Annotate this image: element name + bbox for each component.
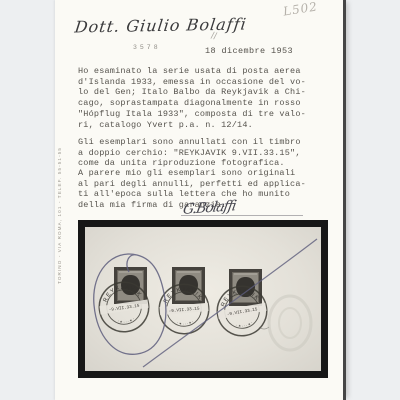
letterhead-address-vertical: TORINO - VIA ROMA, 101 - TELEF. 55-51-55 <box>57 124 62 284</box>
embossed-seal <box>269 296 311 350</box>
certificate-paper: L502 Dott. Giulio Bolaffi 3578 // 18 dic… <box>55 0 346 400</box>
pencil-price-note: L502 <box>282 0 319 19</box>
certificate-date: 18 dicembre 1953 <box>205 46 293 56</box>
blue-oval-loop <box>94 254 166 354</box>
paragraph-examination: Ho esaminato la serie usata di posta aer… <box>78 66 334 130</box>
paragraph-cancellation: Gli esemplari sono annullati con il timb… <box>78 137 334 169</box>
blue-pencil-annotation <box>85 227 321 371</box>
certificate-serial-number: 3578 <box>133 44 161 51</box>
pencil-tick-mark: // <box>210 31 218 43</box>
blue-diagonal-line <box>143 239 317 367</box>
signature-underline <box>181 215 303 216</box>
small-pencil-squiggle <box>259 327 269 329</box>
letterhead-name: Dott. Giulio Bolaffi <box>74 15 248 37</box>
embossed-seal-inner <box>279 308 301 338</box>
stamps-photograph: REYKJAVIK -9.VII.33.15 · ✶ · · · ✶ · REY… <box>78 220 328 378</box>
